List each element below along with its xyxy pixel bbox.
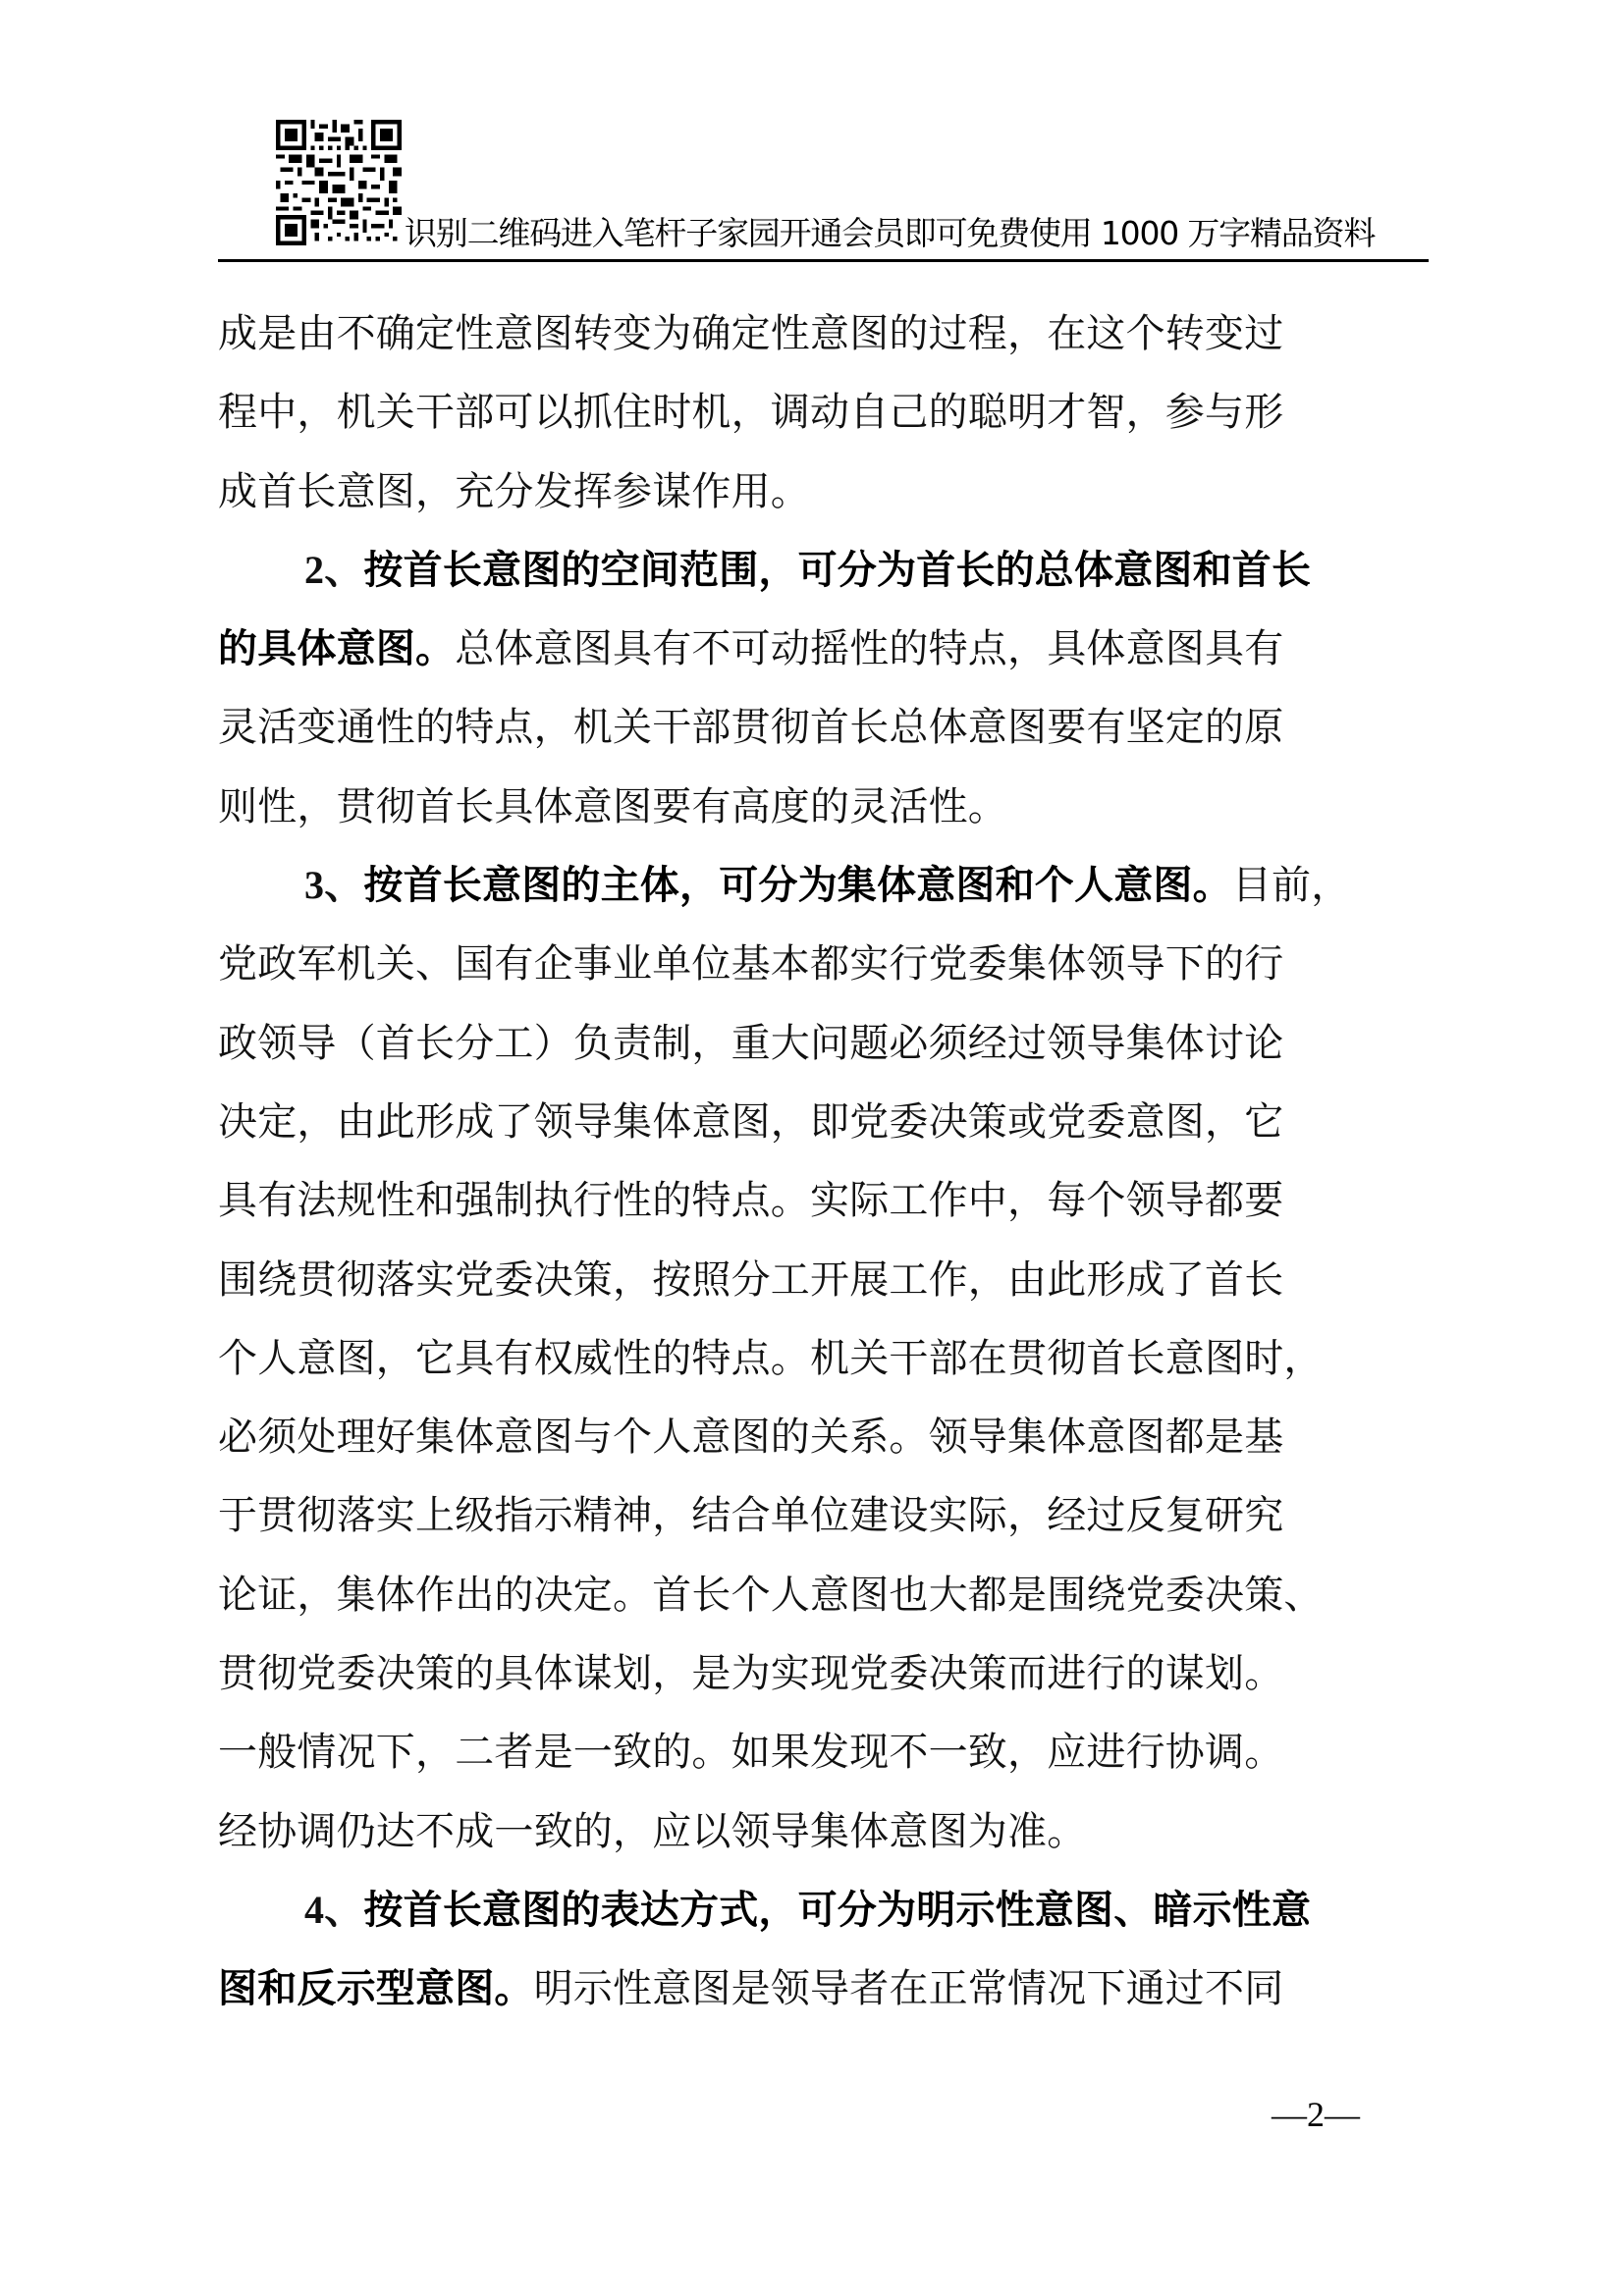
item-heading-line: 3、按首长意图的主体，可分为集体意图和个人意图。目前， bbox=[218, 846, 1426, 925]
text-line: 论证，集体作出的决定。首长个人意图也大都是围绕党委决策、 bbox=[218, 1556, 1426, 1634]
text-line: 图和反示型意图。明示性意图是领导者在正常情况下通过不同 bbox=[218, 1949, 1426, 2028]
item-heading-line: 4、按首长意图的表达方式，可分为明示性意图、暗示性意 bbox=[218, 1871, 1426, 1949]
text-line: 程中，机关干部可以抓住时机，调动自己的聪明才智，参与形 bbox=[218, 373, 1426, 452]
item-heading: 按首长意图的表达方式，可分为明示性意图、暗示性意 bbox=[363, 1888, 1311, 1933]
page-number: —2— bbox=[1272, 2095, 1360, 2134]
text-run: 总体意图具有不可动摇性的特点，具体意图具有 bbox=[455, 626, 1283, 671]
header-divider bbox=[218, 259, 1429, 262]
item-number: 3、 bbox=[304, 863, 363, 907]
document-page: 识别二维码进入笔杆子家园开通会员即可免费使用 1000 万字精品资料 成是由不确… bbox=[0, 0, 1624, 2296]
text-line: 则性，贯彻首长具体意图要有高度的灵活性。 bbox=[218, 768, 1426, 846]
text-line: 必须处理好集体意图与个人意图的关系。领导集体意图都是基 bbox=[218, 1398, 1426, 1476]
text-line: 具有法规性和强制执行性的特点。实际工作中，每个领导都要 bbox=[218, 1161, 1426, 1240]
text-line: 成首长意图，充分发挥参谋作用。 bbox=[218, 453, 1426, 531]
text-run: 目前， bbox=[1232, 863, 1351, 908]
text-line: 贯彻党委决策的具体谋划，是为实现党委决策而进行的谋划。 bbox=[218, 1634, 1426, 1713]
text-line: 一般情况下，二者是一致的。如果发现不一致，应进行协调。 bbox=[218, 1713, 1426, 1791]
paragraph-item-3: 3、按首长意图的主体，可分为集体意图和个人意图。目前， 党政军机关、国有企事业单… bbox=[218, 846, 1426, 1871]
text-line: 的具体意图。总体意图具有不可动摇性的特点，具体意图具有 bbox=[218, 610, 1426, 688]
qr-code-icon bbox=[275, 120, 403, 245]
text-line: 经协调仍达不成一致的，应以领导集体意图为准。 bbox=[218, 1792, 1426, 1871]
paragraph-item-4: 4、按首长意图的表达方式，可分为明示性意图、暗示性意 图和反示型意图。明示性意图… bbox=[218, 1871, 1426, 2029]
text-line: 于贯彻落实上级指示精神，结合单位建设实际，经过反复研究 bbox=[218, 1476, 1426, 1555]
text-line: 灵活变通性的特点，机关干部贯彻首长总体意图要有坚定的原 bbox=[218, 688, 1426, 767]
item-number: 4、 bbox=[304, 1888, 363, 1932]
item-number: 2、 bbox=[304, 548, 363, 592]
paragraph-item-2: 2、按首长意图的空间范围，可分为首长的总体意图和首长 的具体意图。总体意图具有不… bbox=[218, 531, 1426, 846]
document-body: 成是由不确定性意图转变为确定性意图的过程，在这个转变过 程中，机关干部可以抓住时… bbox=[218, 294, 1426, 2029]
text-line: 党政军机关、国有企事业单位基本都实行党委集体领导下的行 bbox=[218, 925, 1426, 1003]
text-line: 成是由不确定性意图转变为确定性意图的过程，在这个转变过 bbox=[218, 294, 1426, 373]
page-header: 识别二维码进入笔杆子家园开通会员即可免费使用 1000 万字精品资料 bbox=[218, 108, 1429, 265]
header-banner-text: 识别二维码进入笔杆子家园开通会员即可免费使用 1000 万字精品资料 bbox=[405, 214, 1375, 253]
text-line: 个人意图，它具有权威性的特点。机关干部在贯彻首长意图时， bbox=[218, 1319, 1426, 1398]
paragraph-continuation: 成是由不确定性意图转变为确定性意图的过程，在这个转变过 程中，机关干部可以抓住时… bbox=[218, 294, 1426, 531]
item-heading-continued: 的具体意图。 bbox=[218, 626, 455, 671]
item-heading: 按首长意图的空间范围，可分为首长的总体意图和首长 bbox=[363, 548, 1311, 593]
text-run: 明示性意图是领导者在正常情况下通过不同 bbox=[534, 1966, 1284, 2011]
text-line: 围绕贯彻落实党委决策，按照分工开展工作，由此形成了首长 bbox=[218, 1241, 1426, 1319]
text-line: 政领导（首长分工）负责制，重大问题必须经过领导集体讨论 bbox=[218, 1004, 1426, 1083]
item-heading: 按首长意图的主体，可分为集体意图和个人意图。 bbox=[363, 863, 1231, 908]
item-heading-continued: 图和反示型意图。 bbox=[218, 1966, 534, 2011]
item-heading-line: 2、按首长意图的空间范围，可分为首长的总体意图和首长 bbox=[218, 531, 1426, 610]
text-line: 决定，由此形成了领导集体意图，即党委决策或党委意图，它 bbox=[218, 1083, 1426, 1161]
